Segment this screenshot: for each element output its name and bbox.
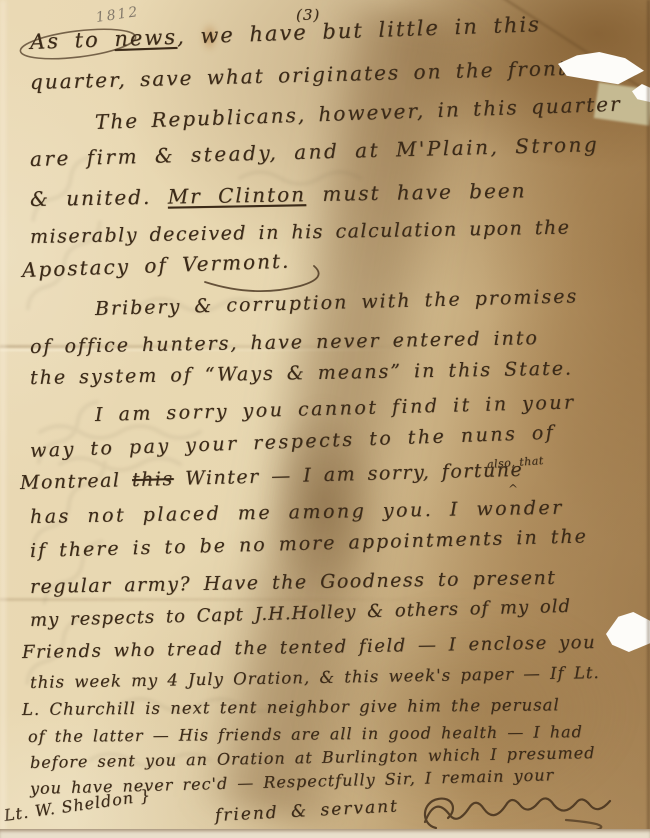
- capital-flourish-oval: [19, 24, 137, 64]
- paper-edge-highlight: [0, 0, 6, 838]
- scan-bottom-margin: [0, 829, 650, 838]
- letter-scan-page: 1812 (3) As to news, we have but little …: [0, 0, 650, 838]
- vermont-tail-flourish: [205, 266, 319, 291]
- ink-flourishes: [0, 0, 650, 838]
